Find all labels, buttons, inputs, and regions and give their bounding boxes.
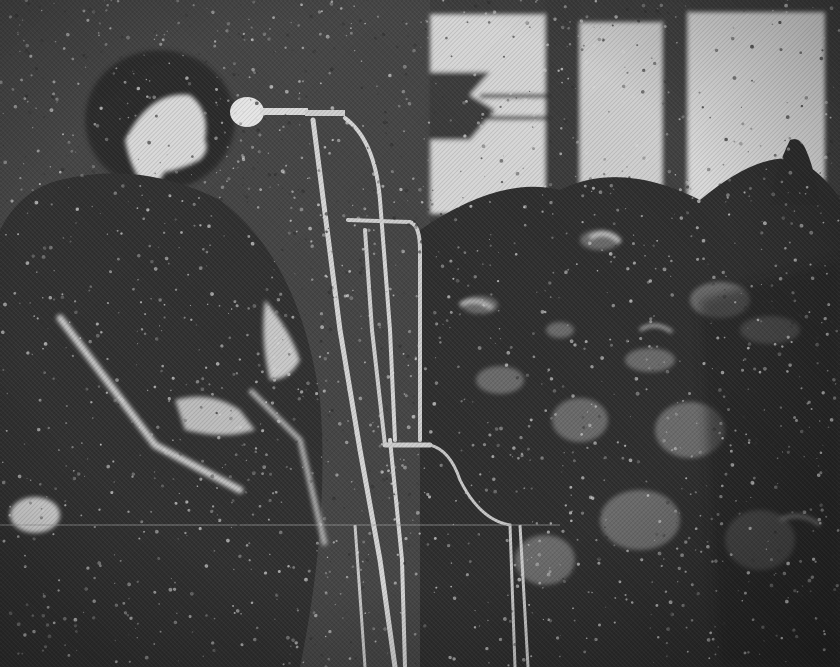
newspaper-photo — [0, 0, 840, 667]
hand — [10, 497, 60, 533]
photo-scene — [0, 0, 840, 667]
